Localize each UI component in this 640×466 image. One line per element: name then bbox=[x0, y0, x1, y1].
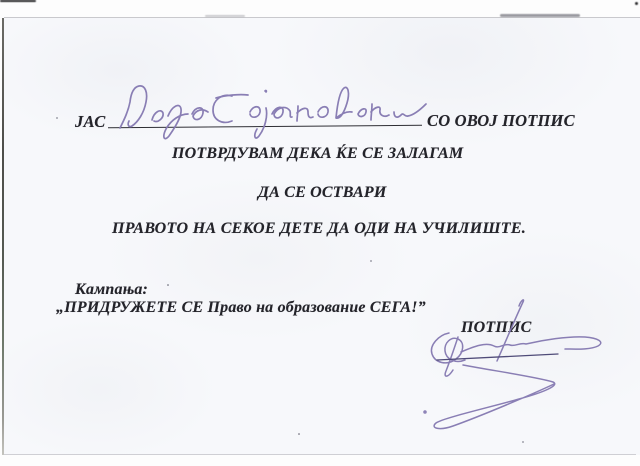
pledge-line1-suffix: СО ОВОЈ ПОТПИС bbox=[427, 111, 575, 131]
scan-speck bbox=[167, 284, 169, 286]
scan-smudge bbox=[500, 14, 580, 17]
pledge-line2: ПОТВРДУВАМ ДЕКА ЌЕ СЕ ЗАЛАГАМ bbox=[172, 145, 463, 163]
pledge-line3: ДА СЕ ОСТВАРИ bbox=[258, 184, 387, 202]
scan-speck bbox=[635, 2, 638, 5]
scan-speck bbox=[298, 433, 300, 435]
scan-smudge bbox=[205, 15, 245, 17]
scanned-document: ЈАС СО ОВОЈ ПОТПИС bbox=[0, 0, 640, 466]
scan-speck bbox=[370, 260, 372, 262]
pledge-line1-prefix: ЈАС bbox=[75, 112, 105, 132]
paper-top-edge-line bbox=[4, 17, 640, 18]
pledge-line4: ПРАВОТО НА СЕКОЕ ДЕТЕ ДА ОДИ НА УЧИЛИШТЕ… bbox=[112, 220, 526, 238]
handwritten-signature bbox=[415, 285, 640, 445]
handwritten-name bbox=[112, 76, 432, 151]
paper-left-edge-shadow bbox=[2, 18, 4, 455]
campaign-label: Кампања: bbox=[75, 281, 148, 299]
scan-speck bbox=[56, 117, 58, 119]
name-ink-strokes bbox=[120, 86, 426, 139]
paper-bottom-edge-line bbox=[4, 454, 636, 455]
scan-smudge bbox=[0, 0, 36, 2]
campaign-quote: „ПРИДРУЖЕТЕ СЕ Право на образование СЕГА… bbox=[56, 299, 426, 317]
signature-ink-strokes bbox=[424, 300, 601, 429]
